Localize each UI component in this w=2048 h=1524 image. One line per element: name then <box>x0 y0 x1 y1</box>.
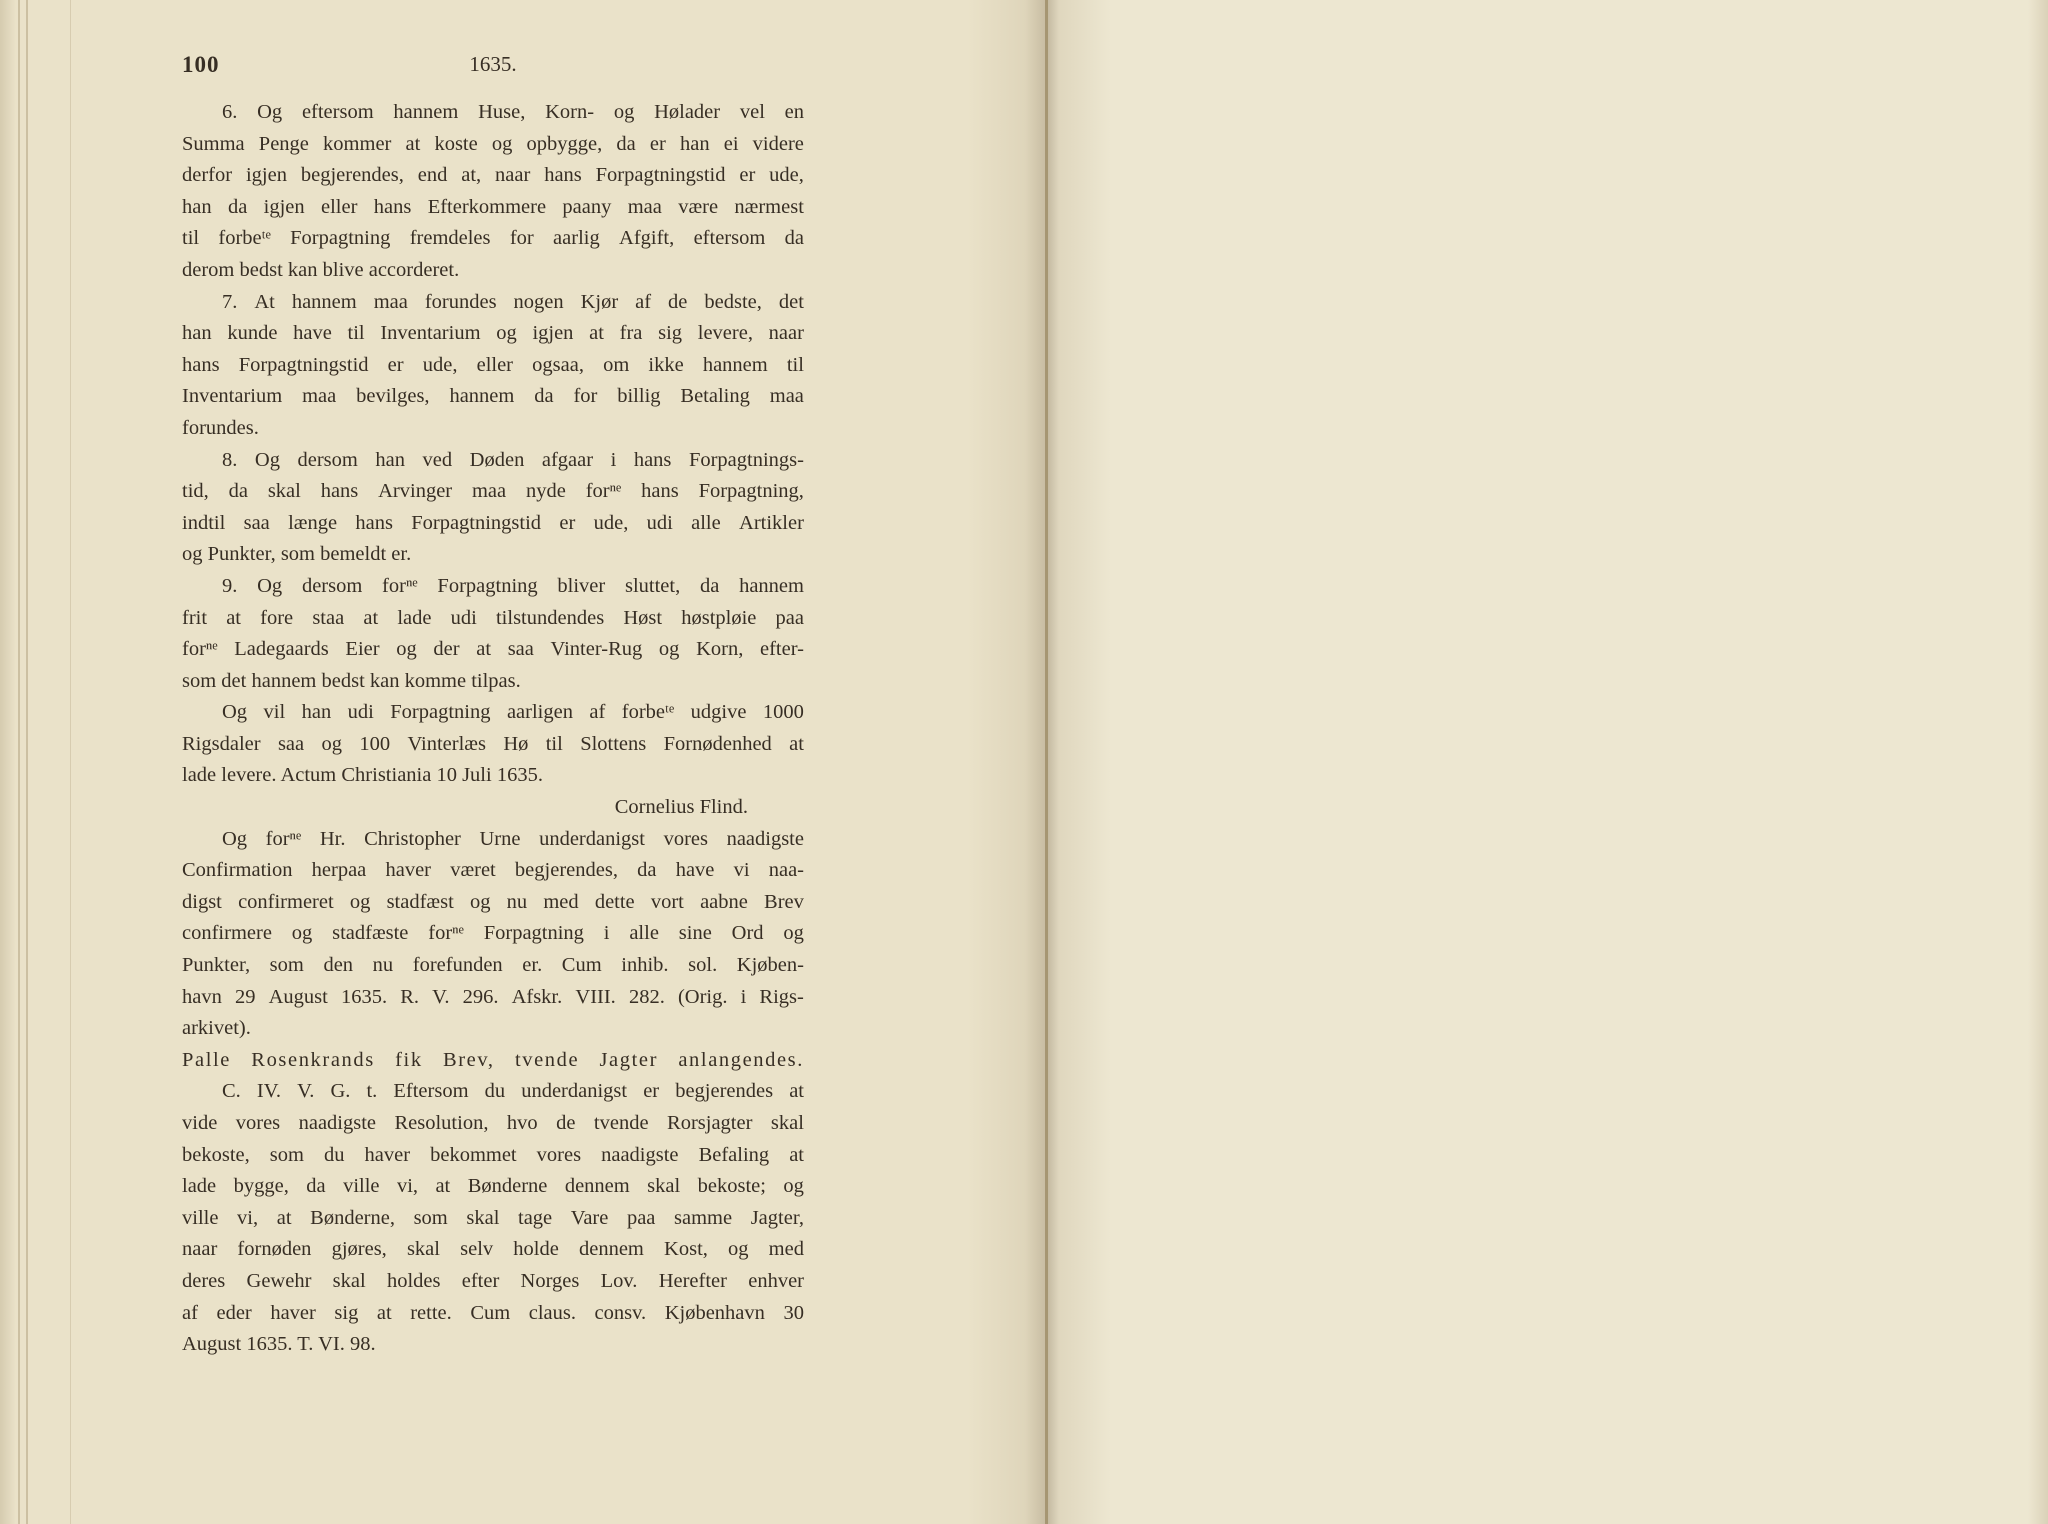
text-line: forⁿᵉLadegaardsEierogderatsaaVinter-Rugo… <box>182 634 804 666</box>
text-line: naarfornødengjøres,skalselvholdedennemKo… <box>182 1234 804 1266</box>
text-line: afederhaversigatrette.Cumclaus.consv.Kjø… <box>182 1298 804 1330</box>
text-line: ladebygge,davillevi,atBøndernedennemskal… <box>182 1171 804 1203</box>
text-line: SummaPengekommeratkosteogopbygge,daerhan… <box>182 129 804 161</box>
text-line: Cornelius Flind. <box>182 792 804 824</box>
text-line: derom bedst kan blive accorderet. <box>182 255 804 287</box>
text-line: hansForpagtningstiderude,ellerogsaa,omik… <box>182 350 804 382</box>
text-line: OgvilhanudiForpagtningaarligenafforbeᵗᵉu… <box>182 697 804 729</box>
text-line: tid,daskalhansArvingermaanydeforⁿᵉhansFo… <box>182 476 804 508</box>
text-line: Rigsdalersaaog100VinterlæsHøtilSlottensF… <box>182 729 804 761</box>
running-head-left: 1635. <box>182 52 804 77</box>
left-page: 100 1635. 6.OgeftersomhannemHuse,Korn-og… <box>0 0 1047 1524</box>
text-line: som det hannem bedst kan komme tilpas. <box>182 666 804 698</box>
text-line: OgforⁿᵉHr.ChristopherUrneunderdanigstvor… <box>182 824 804 856</box>
book-gutter-icon <box>1045 0 1048 1524</box>
text-line: August 1635. T. VI. 98. <box>182 1329 804 1361</box>
page-edge-line <box>26 0 28 1524</box>
text-line: havn29August1635.R.V.296.Afskr.VIII.282.… <box>182 982 804 1014</box>
text-line: Punkter,somdennuforefundener.Cuminhib.so… <box>182 950 804 982</box>
text-line: confirmereogstadfæsteforⁿᵉForpagtningial… <box>182 918 804 950</box>
text-line: 8.OgdersomhanvedDødenafgaarihansForpagtn… <box>182 445 804 477</box>
text-line: villevi,atBønderne,somskaltageVarepaasam… <box>182 1203 804 1235</box>
text-line: PalleRosenkrandsfikBrev,tvendeJagteranla… <box>182 1045 804 1077</box>
text-line: Inventariummaabevilges,hannemdaforbillig… <box>182 381 804 413</box>
text-line: forundes. <box>182 413 804 445</box>
text-line: C.IV.V.G.t.Eftersomduunderdanigsterbegje… <box>182 1076 804 1108</box>
book-scan: 100 1635. 6.OgeftersomhannemHuse,Korn-og… <box>0 0 2048 1524</box>
text-line: hankundehavetilInventariumogigjenatfrasi… <box>182 318 804 350</box>
right-page: 101 1635. IligeMaadefikIvarWindBrevomenR… <box>1047 0 2048 1524</box>
page-edge-line <box>70 0 71 1524</box>
text-line: 7.AthannemmaaforundesnogenKjørafdebedste… <box>182 287 804 319</box>
text-line: fritatforestaaatladeuditilstundendesHøst… <box>182 603 804 635</box>
page-edge-line <box>18 0 20 1524</box>
text-line: videvoresnaadigsteResolution,hvodetvende… <box>182 1108 804 1140</box>
text-line: arkivet). <box>182 1013 804 1045</box>
text-line: deresGewehrskalholdesefterNorgesLov.Here… <box>182 1266 804 1298</box>
text-line: indtilsaalængehansForpagtningstiderude,u… <box>182 508 804 540</box>
text-line: derforigjenbegjerendes,endat,naarhansFor… <box>182 160 804 192</box>
text-line: digstconfirmeretogstadfæstognumeddettevo… <box>182 887 804 919</box>
text-line: tilforbeᵗᵉForpagtningfremdelesforaarligA… <box>182 223 804 255</box>
text-line: lade levere. Actum Christiania 10 Juli 1… <box>182 760 804 792</box>
text-line: 9.OgdersomforⁿᵉForpagtningbliversluttet,… <box>182 571 804 603</box>
text-line: 6.OgeftersomhannemHuse,Korn-ogHøladervel… <box>182 97 804 129</box>
text-line: bekoste,somduhaverbekommetvoresnaadigste… <box>182 1140 804 1172</box>
text-line: Confirmationherpaahaverværetbegjerendes,… <box>182 855 804 887</box>
text-line: og Punkter, som bemeldt er. <box>182 539 804 571</box>
left-page-text: 6.OgeftersomhannemHuse,Korn-ogHøladervel… <box>182 97 804 1361</box>
text-line: handaigjenellerhansEfterkommerepaanymaav… <box>182 192 804 224</box>
